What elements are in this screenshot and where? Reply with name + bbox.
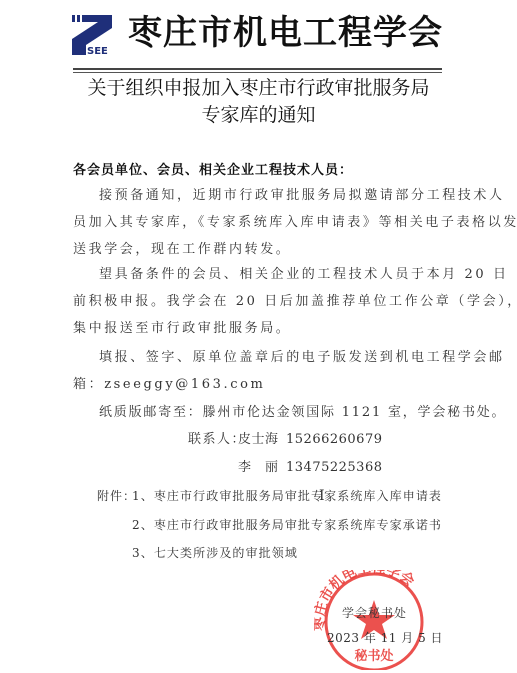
paragraph-1-line-1: 接预备通知，近期市行政审批服务局拟邀请部分工程技术人: [99, 187, 505, 205]
paragraph-2-line-3: 集中报送至市行政审批服务局。: [73, 320, 291, 338]
email-line: 箱：zseeggy@163.com: [73, 376, 265, 394]
attachment-2: 2、枣庄市行政审批服务局审批专家系统库专家承诺书: [132, 516, 442, 534]
signature-org: 学会秘书处: [342, 604, 407, 622]
svg-text:秘书处: 秘书处: [354, 648, 393, 664]
zsee-logo: SEE: [72, 15, 114, 55]
paragraph-2-line-2: 前积极申报。我学会在 20 日后加盖推荐单位工作公章（学会），: [73, 293, 517, 311]
text-cursor-icon: Ⅰ: [319, 488, 325, 504]
paragraph-3-line-1: 填报、签字、原单位盖章后的电子版发送到机电工程学会邮: [99, 349, 505, 367]
attachments-label: 附件：: [97, 487, 136, 505]
contact-2-name: 李 丽: [238, 459, 279, 477]
paragraph-2-line-1: 望具备条件的会员、相关企业的工程技术人员于本月 20 日: [99, 266, 509, 284]
salutation: 各会员单位、会员、相关企业工程技术人员：: [73, 159, 353, 178]
svg-text:SEE: SEE: [87, 46, 108, 55]
contact-1-phone: 15266260679: [286, 431, 382, 449]
org-name: 枣庄市机电工程学会: [128, 12, 443, 54]
paragraph-1-line-2: 员加入其专家库，《专家系统库入库申请表》等相关电子表格以发: [73, 214, 517, 232]
paragraph-1-line-3: 送我学会，现在工作群内转发。: [73, 241, 291, 259]
contact-1-name: 皮士海: [238, 431, 279, 449]
header-divider-thick: [73, 68, 442, 70]
header-divider-thin: [73, 72, 442, 73]
signature-date: 2023 年 11 月 5 日: [327, 629, 443, 647]
attachment-1: 1、枣庄市行政审批服务局审批专家系统库入库申请表: [132, 487, 442, 505]
mailing-address: 纸质版邮寄至：滕州市伦达金领国际 1121 室，学会秘书处。: [99, 404, 506, 422]
document-title-line1: 关于组织申报加入枣庄市行政审批服务局: [0, 76, 517, 100]
document-title-line2: 专家库的通知: [0, 103, 517, 127]
contact-2-phone: 13475225368: [286, 459, 382, 477]
attachment-3: 3、七大类所涉及的审批领域: [132, 544, 298, 562]
